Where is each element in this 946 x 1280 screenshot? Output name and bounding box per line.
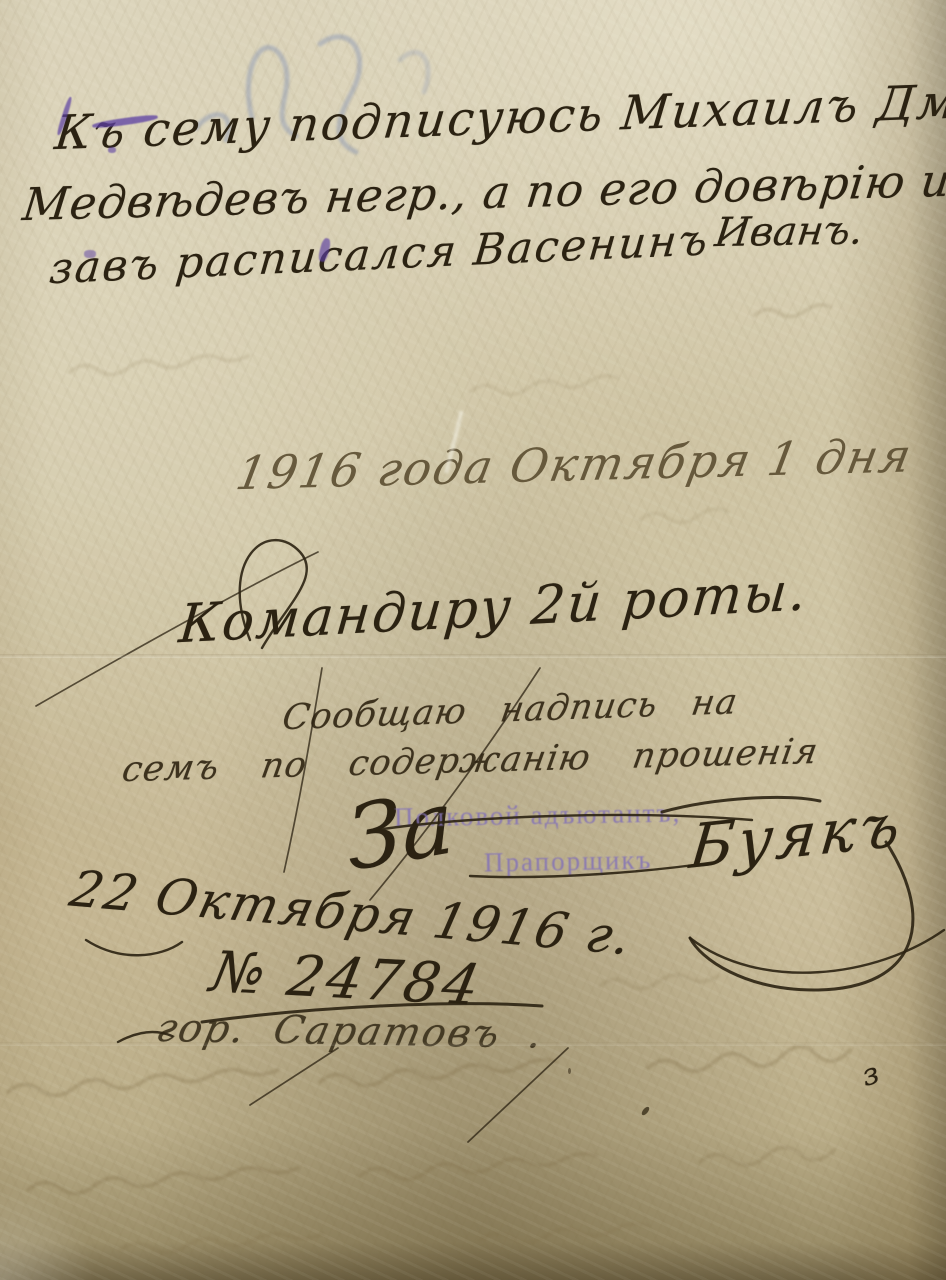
ink-speck xyxy=(568,1068,571,1074)
document-date-line: 1916 года Октября 1 дня xyxy=(232,428,917,500)
signature: Буякъ xyxy=(687,790,908,884)
adjutant-stamp-line-1: Полковой адъютантъ, xyxy=(394,797,682,833)
margin-ink-mark: з xyxy=(858,1056,883,1094)
registration-city: гор. Саратовъ . xyxy=(152,1006,548,1058)
violet-ink-smudge xyxy=(108,147,116,153)
body-line-2: семъ по содержанію прошенія xyxy=(119,732,821,790)
fold-crease xyxy=(0,654,946,658)
attestation-line-1: Къ сему подписуюсь Михаилъ Дмитріе xyxy=(52,69,946,161)
addressee-line: Командиру 2й роты. xyxy=(177,561,811,655)
violet-ink-smudge xyxy=(84,250,96,258)
body-line-1: Сообщаю надпись на xyxy=(280,682,741,738)
attestation-signer-name: Иванъ. xyxy=(712,207,865,256)
ink-speck xyxy=(640,1106,650,1117)
scanned-document-page: Къ сему подписуюсь Михаилъ Дмитріе Медвѣ… xyxy=(0,0,946,1280)
adjutant-stamp-line-2: Прапорщикъ xyxy=(484,845,653,879)
